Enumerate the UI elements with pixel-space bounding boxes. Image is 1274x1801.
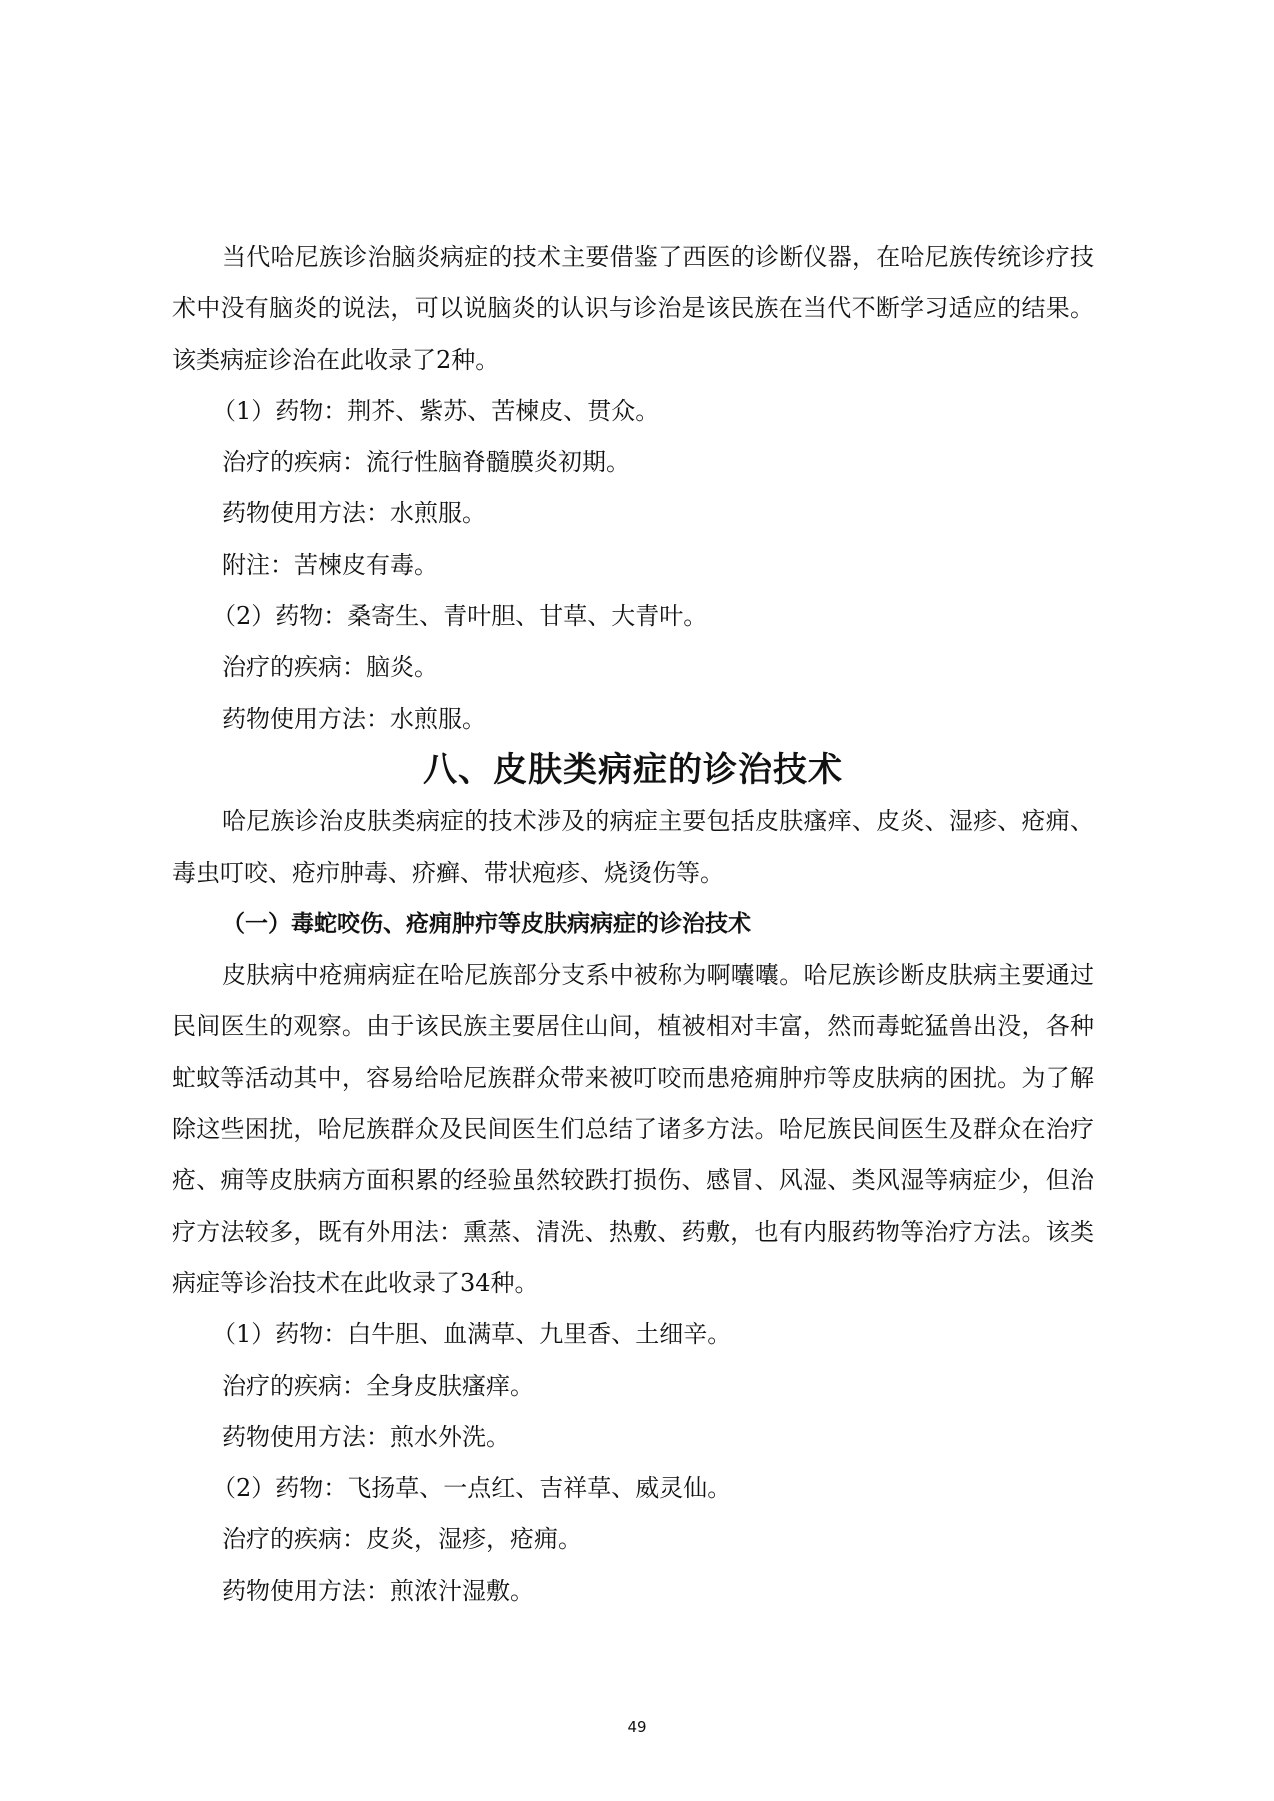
document-page: 当代哈尼族诊治脑炎病症的技术主要借鉴了西医的诊断仪器，在哈尼族传统诊疗技术中没有… — [172, 232, 1094, 1617]
skin-item-2-usage: 药物使用方法：煎浓汁湿敷。 — [172, 1566, 1094, 1617]
item-1-medicine: （1）药物：荆芥、紫苏、苦楝皮、贯众。 — [172, 386, 1094, 437]
item-1-usage: 药物使用方法：水煎服。 — [172, 488, 1094, 539]
item-2-medicine: （2）药物：桑寄生、青叶胆、甘草、大青叶。 — [172, 591, 1094, 642]
skin-item-1-usage: 药物使用方法：煎水外洗。 — [172, 1412, 1094, 1463]
item-1-disease: 治疗的疾病：流行性脑脊髓膜炎初期。 — [172, 437, 1094, 488]
item-2-usage: 药物使用方法：水煎服。 — [172, 694, 1094, 745]
section-heading: 八、皮肤类病症的诊治技术 — [172, 745, 1094, 796]
page-number: 49 — [0, 1718, 1274, 1736]
skin-item-2-medicine: （2）药物：飞扬草、一点红、吉祥草、威灵仙。 — [172, 1463, 1094, 1514]
paragraph-skin-intro: 哈尼族诊治皮肤类病症的技术涉及的病症主要包括皮肤瘙痒、皮炎、湿疹、疮痈、毒虫叮咬… — [172, 796, 1094, 899]
paragraph-skin-detail: 皮肤病中疮痈病症在哈尼族部分支系中被称为啊囔囔。哈尼族诊断皮肤病主要通过民间医生… — [172, 950, 1094, 1309]
item-1-note: 附注：苦楝皮有毒。 — [172, 540, 1094, 591]
skin-item-1-disease: 治疗的疾病：全身皮肤瘙痒。 — [172, 1361, 1094, 1412]
paragraph-encephalitis-intro: 当代哈尼族诊治脑炎病症的技术主要借鉴了西医的诊断仪器，在哈尼族传统诊疗技术中没有… — [172, 232, 1094, 386]
skin-item-2-disease: 治疗的疾病：皮炎，湿疹，疮痈。 — [172, 1514, 1094, 1565]
skin-item-1-medicine: （1）药物：白牛胆、血满草、九里香、土细辛。 — [172, 1309, 1094, 1360]
item-2-disease: 治疗的疾病：脑炎。 — [172, 642, 1094, 693]
subsection-heading: （一）毒蛇咬伤、疮痈肿疖等皮肤病病症的诊治技术 — [172, 899, 1094, 950]
